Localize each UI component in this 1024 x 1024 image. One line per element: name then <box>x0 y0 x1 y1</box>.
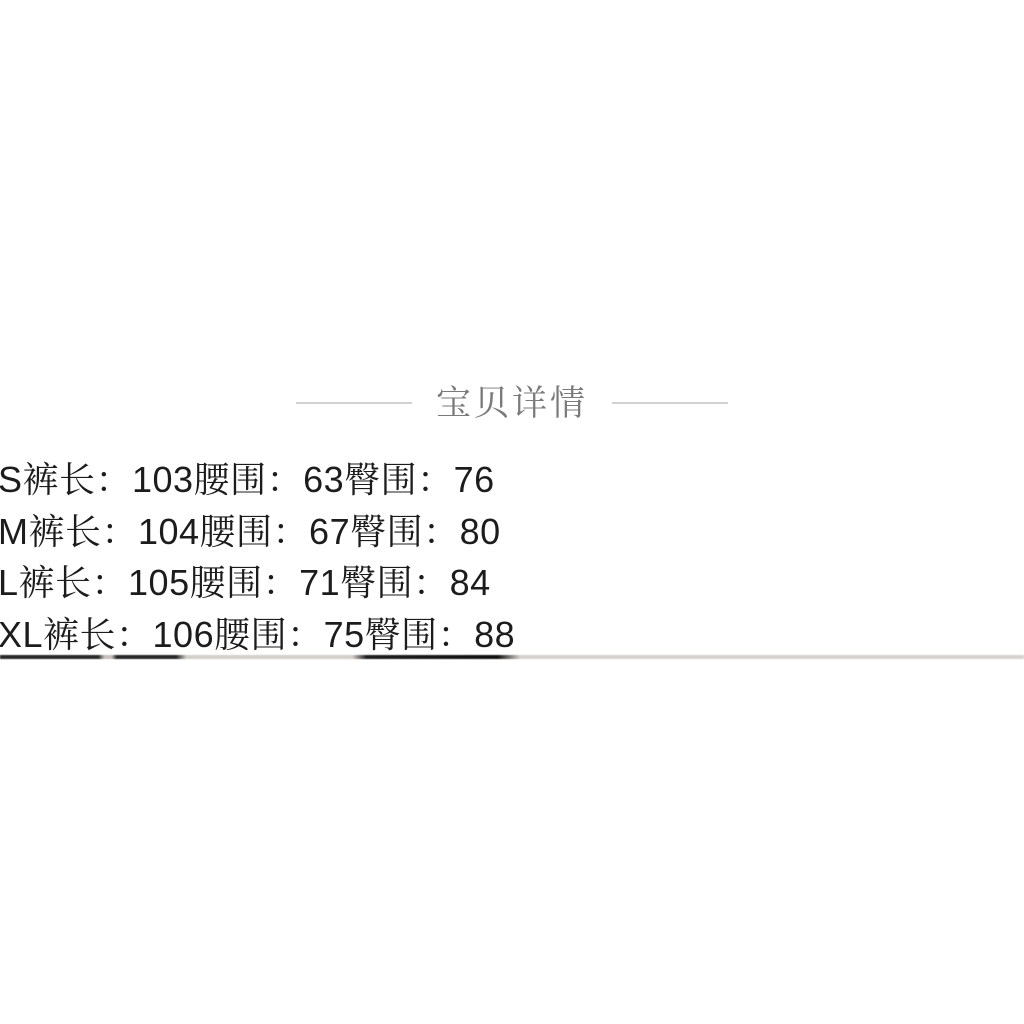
section-header: 宝贝详情 <box>0 381 1024 425</box>
product-detail-page: 宝贝详情 S裤长：103腰围：63臀围：76 M裤长：104腰围：67臀围：80… <box>0 0 1024 1024</box>
size-chart: S裤长：103腰围：63臀围：76 M裤长：104腰围：67臀围：80 L裤长：… <box>0 452 1022 658</box>
header-divider-right <box>612 402 728 404</box>
section-title: 宝贝详情 <box>436 386 588 421</box>
image-bottom-edge <box>0 655 1024 659</box>
size-row-l: L裤长：105腰围：71臀围：84 <box>0 555 1022 607</box>
size-row-xl: XL裤长：106腰围：75臀围：88 <box>0 607 1022 659</box>
size-row-m: M裤长：104腰围：67臀围：80 <box>0 504 1022 556</box>
header-divider-left <box>296 402 412 404</box>
size-row-s: S裤长：103腰围：63臀围：76 <box>0 452 1022 504</box>
